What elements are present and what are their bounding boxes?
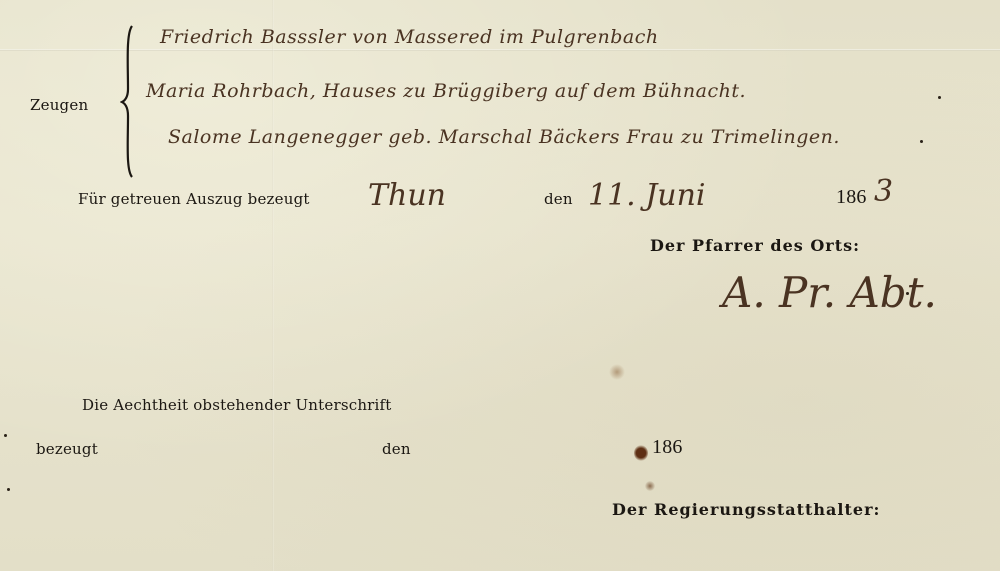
witnesses-label: Zeugen — [30, 96, 88, 114]
paper-speck — [920, 140, 923, 143]
paper-speck — [906, 292, 909, 295]
attestation-label: Für getreuen Auszug bezeugt — [78, 190, 310, 208]
document-page: Zeugen Friedrich Basssler von Massered i… — [0, 0, 1000, 571]
attestation-year-digit: 3 — [874, 174, 893, 209]
paper-fold-horizontal — [0, 49, 1000, 51]
governor-title: Der Regierungsstatthalter: — [612, 500, 880, 519]
attestation-den-label: den — [544, 190, 573, 208]
attestation-place: Thun — [368, 178, 446, 213]
authentication-label: Die Aechtheit obstehender Unterschrift — [82, 396, 392, 414]
curly-brace-icon — [120, 24, 136, 179]
witness-entry-2: Maria Rohrbach, Hauses zu Brüggiberg auf… — [146, 80, 746, 102]
authentication-year-prefix: 186 — [652, 436, 683, 459]
witness-entry-1: Friedrich Basssler von Massered im Pulgr… — [160, 26, 659, 48]
faint-stain — [609, 364, 625, 380]
attestation-date: 11. Juni — [588, 178, 706, 213]
pastor-signature: A. Pr. Abt. — [722, 268, 937, 317]
paper-speck — [938, 96, 941, 99]
authentication-bezeugt-label: bezeugt — [36, 440, 98, 458]
witness-entry-3: Salome Langenegger geb. Marschal Bäckers… — [168, 126, 840, 148]
paper-speck — [7, 488, 10, 491]
ink-stain — [634, 445, 648, 461]
attestation-year-prefix: 186 — [836, 186, 867, 209]
small-stain — [645, 481, 655, 491]
authentication-den-label: den — [382, 440, 411, 458]
paper-speck — [4, 434, 7, 437]
pastor-title: Der Pfarrer des Orts: — [650, 236, 860, 255]
